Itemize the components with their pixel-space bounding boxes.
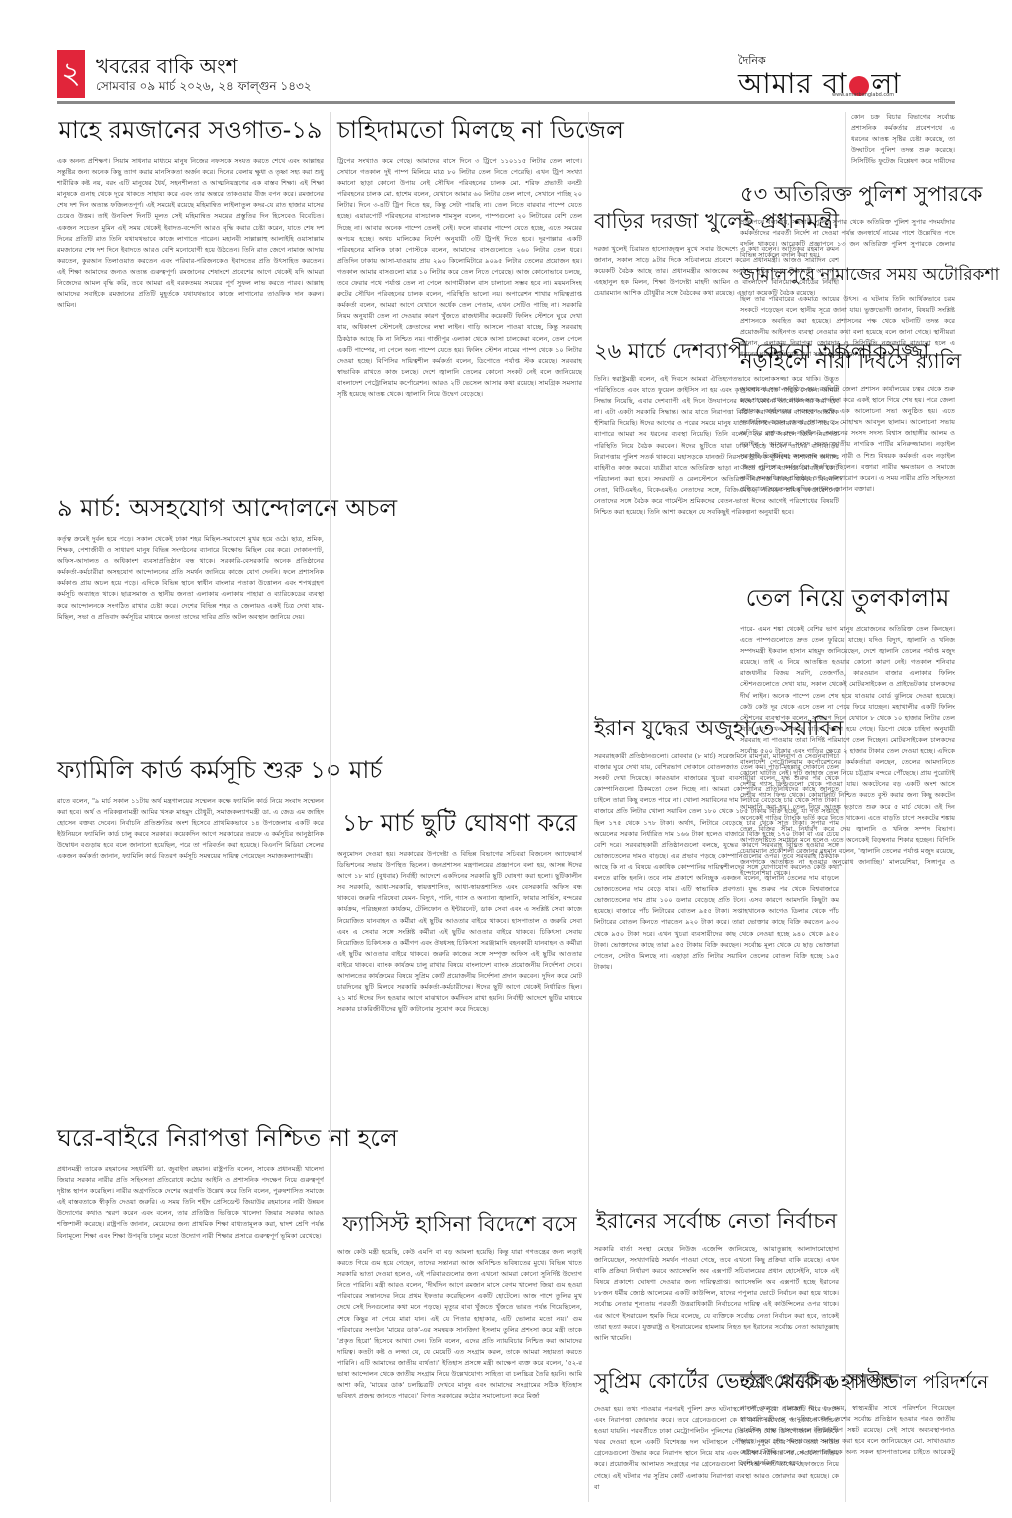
article-tel-tulkalam: তেল নিয়ে তুলকালাম পারে- এমন শঙ্কা থেকেই… bbox=[740, 580, 955, 1384]
headline: ঘরে-বাইরে নিরাপত্তা নিশ্চিত না হলে bbox=[57, 1120, 324, 1160]
article-body: আলোচনা সভা অনুষ্ঠিত হয়। র‍্যালিটি জেলা … bbox=[740, 384, 955, 584]
article-diesel: চাহিদামতো মিলছে না ডিজেল ট্রিপের সংখ্যাও… bbox=[337, 112, 582, 816]
article-family-card: ফ্যামিলি কার্ড কর্মসূচি শুরু ১০ মার্চ রা… bbox=[57, 752, 324, 1106]
article-body: পারে- এমন শঙ্কা থেকেই বেশির ভাগ মানুষ প্… bbox=[740, 624, 955, 1384]
article-body: প্রধানমন্ত্রী তারেক রহমানের সহধর্মিণী ডা… bbox=[57, 1164, 324, 1518]
article-body: অনুমোদন দেওয়া হয়। সরকারের উপদেষ্টা ও ব… bbox=[337, 849, 582, 1214]
article-mahe-ramzan: মাহে রমজানের সওগাত-১৯ এক অনন্য প্রশিক্ষণ… bbox=[57, 112, 324, 478]
headline: চাহিদামতো মিলছে না ডিজেল bbox=[337, 112, 582, 152]
article-body: প্রজ্ঞাপনে বলা হয়, সহকারী পুলিশ সুপার থ… bbox=[740, 217, 955, 267]
headline: নড়াইলে নারী দিবসে র‍্যালি bbox=[740, 345, 955, 380]
article-ghore-baire: ঘরে-বাইরে নিরাপত্তা নিশ্চিত না হলে প্রধা… bbox=[57, 1120, 324, 1518]
headline: ৯ মার্চ: অসহযোগ আন্দোলনে অচল bbox=[57, 490, 324, 530]
article-mental-hospital: হঠাৎ মানসিক হাসপাতাল পরিদর্শনে পালন করতে… bbox=[740, 1368, 955, 1473]
dateline: সোমবার ০৯ মার্চ ২০২৬, ২৪ ফাল্গুন ১৪৩২ bbox=[96, 78, 312, 98]
article-fascist-hasina: ফ্যাসিস্ট হাসিনা বিদেশে বসে আজ কেউ মন্ত্… bbox=[337, 1208, 582, 1517]
headline: জামালপুরে নামাজের সময় অটোরিকশা bbox=[740, 262, 955, 290]
article-body: কর্তৃত্ব ক্রমেই দুর্বল হয়ে পড়ে। সকাল থ… bbox=[57, 534, 324, 754]
headline: ফ্যাসিস্ট হাসিনা বিদেশে বসে bbox=[337, 1208, 582, 1243]
article-body: আজ কেউ মন্ত্রী হয়েছি, কেউ এমপি বা বড় আ… bbox=[337, 1247, 582, 1517]
headline: ৫৩ অতিরিক্ত পুলিশ সুপারকে bbox=[740, 178, 955, 213]
website-url: www.amarbanglabd.com bbox=[832, 92, 894, 98]
headline: হঠাৎ মানসিক হাসপাতাল পরিদর্শনে bbox=[740, 1368, 955, 1399]
article-body: এক অনন্য প্রশিক্ষণ। সিয়াম সাধনার মাধ্যম… bbox=[57, 156, 324, 478]
article-judiciary-continuation: কোন চক্র বিচার বিভাগের সর্বোচ্চ প্রশাসনি… bbox=[851, 112, 955, 166]
column-divider bbox=[588, 112, 589, 1502]
article-holiday: ১৮ মার্চ ছুটি ঘোষণা করে অনুমোদন দেওয়া হ… bbox=[337, 805, 582, 1214]
headline: মাহে রমজানের সওগাত-১৯ bbox=[57, 112, 324, 152]
article-asohojog: ৯ মার্চ: অসহযোগ আন্দোলনে অচল কর্তৃত্ব ক্… bbox=[57, 490, 324, 754]
article-body: কোন চক্র বিচার বিভাগের সর্বোচ্চ প্রশাসনি… bbox=[851, 112, 955, 166]
article-narail: নড়াইলে নারী দিবসে র‍্যালি আলোচনা সভা অন… bbox=[740, 345, 955, 584]
header-rule bbox=[57, 101, 955, 104]
article-body: রাতে বলেন, "৯ মার্চ সকাল ১১টায় অর্থ মন্… bbox=[57, 796, 324, 1106]
masthead: ২ খবরের বাকি অংশ সোমবার ০৯ মার্চ ২০২৬, ২… bbox=[0, 0, 1012, 104]
article-body: পালন করতে পারছেন না। এ সময়, স্বাস্থ্যমন… bbox=[740, 1403, 955, 1473]
headline: ১৮ মার্চ ছুটি ঘোষণা করে bbox=[337, 805, 582, 845]
headline: ফ্যামিলি কার্ড কর্মসূচি শুরু ১০ মার্চ bbox=[57, 752, 324, 792]
column-divider bbox=[330, 112, 331, 1502]
headline: তেল নিয়ে তুলকালাম bbox=[740, 580, 955, 620]
page-number-badge: ২ bbox=[57, 50, 85, 98]
logo-text-left: আমার বা bbox=[738, 67, 847, 100]
article-police-super: ৫৩ অতিরিক্ত পুলিশ সুপারকে প্রজ্ঞাপনে বলা… bbox=[740, 178, 955, 267]
article-body: ট্রিপের সংখ্যাও কমে গেছে। আমাদের বাসে দি… bbox=[337, 156, 582, 816]
